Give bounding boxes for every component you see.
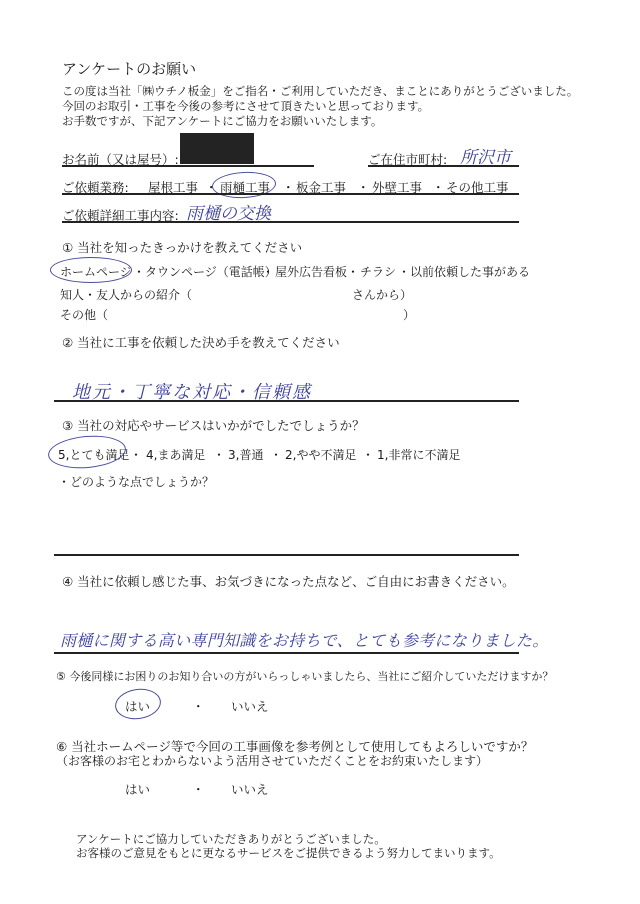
footer-line-2: お客様のご意見をもとに更なるサービスをご提供できるよう努力してまいります。 <box>76 846 501 861</box>
footer-line-1: アンケートにご協力していただきありがとうございました。 <box>76 832 386 847</box>
q1-option-townpage[interactable]: タウンページ（電話帳） <box>145 263 277 280</box>
q3-underline[interactable] <box>54 554 519 556</box>
q6-note: （お客様のお宅とわからないよう活用させていただくことをお約束いたします） <box>56 752 488 769</box>
name-underline <box>62 165 314 167</box>
separator: ・ <box>262 263 274 280</box>
q3-option-2[interactable]: 2,やや不満足 <box>285 446 356 463</box>
q1-option-billboard[interactable]: 屋外広告看板 <box>275 263 347 280</box>
q3-question: ③ 当社の対応やサービスはいかがでしたでしょうか？ <box>62 416 365 434</box>
q3-option-3[interactable]: 3,普通 <box>228 446 263 463</box>
q1-option-previous[interactable]: 以前依頼した事がある <box>410 263 530 280</box>
detail-underline <box>62 221 519 223</box>
q4-underline <box>54 652 519 654</box>
q1-referral-suffix: さんから） <box>352 286 412 303</box>
city-underline <box>368 165 519 167</box>
q3-followup: ・どのような点でしょうか？ <box>58 473 214 490</box>
separator: ・ <box>130 446 142 463</box>
separator: ・ <box>398 263 410 280</box>
q1-referral-label: 知人・友人からの紹介（ <box>60 286 192 303</box>
intro-line-1: この度は当社「㈱ウチノ板金」をご指名・ご利用していただき、まことにありがとうござ… <box>62 84 578 99</box>
survey-title: アンケートのお願い <box>62 58 196 79</box>
q4-answer[interactable]: 雨樋に関する高い専門知識をお持ちで、とても参考になりました。 <box>60 628 549 651</box>
separator: ・ <box>213 446 225 463</box>
q1-option-homepage[interactable]: ホームページ <box>60 263 132 280</box>
q3-option-4[interactable]: 4,まあ満足 <box>146 446 205 463</box>
q3-option-1[interactable]: 1,非常に不満足 <box>377 446 460 463</box>
q6-option-no[interactable]: いいえ <box>231 780 269 798</box>
separator: ・ <box>347 263 359 280</box>
intro-line-3: お手数ですが、下記アンケートにご協力をお願いいたします。 <box>62 114 382 129</box>
q1-other-close: ） <box>403 306 415 323</box>
q5-option-no[interactable]: いいえ <box>231 697 269 715</box>
q1-option-flyer[interactable]: チラシ <box>360 263 396 280</box>
separator: ・ <box>133 263 145 280</box>
separator: ・ <box>362 446 374 463</box>
separator: ・ <box>270 446 282 463</box>
q2-question: ② 当社に工事を依頼した決め手を教えてください <box>62 333 340 351</box>
name-redaction <box>180 133 254 164</box>
separator: ・ <box>192 780 205 798</box>
intro-line-2: 今回のお取引・工事を今後の参考にさせて頂きたいと思っております。 <box>62 99 429 114</box>
q2-underline <box>54 400 519 402</box>
separator: ・ <box>192 697 205 715</box>
q1-question: ① 当社を知ったきっかけを教えてください <box>62 238 302 256</box>
service-underline <box>62 193 519 195</box>
q5-option-yes[interactable]: はい <box>125 697 150 715</box>
q6-option-yes[interactable]: はい <box>125 780 150 798</box>
q4-question: ④ 当社に依頼し感じた事、お気づきになった点など、ご自由にお書きください。 <box>62 572 515 590</box>
q1-other-label: その他（ <box>60 306 108 323</box>
q5-question: ⑤ 今後同様にお困りのお知り合いの方がいらっしゃいましたら、当社にご紹介していた… <box>56 668 553 684</box>
q3-option-5[interactable]: 5,とても満足 <box>58 446 129 463</box>
